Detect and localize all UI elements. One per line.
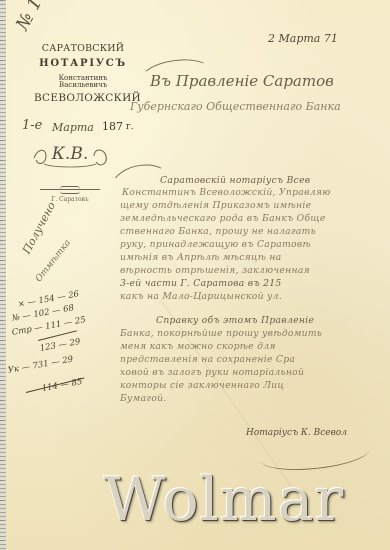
body-line: руку, принадлежащую въ Саратовѣ — [120, 239, 311, 250]
date-year-suffix: г. — [126, 122, 134, 132]
body-line: Банка, покорнѣйше прошу увѣдомить — [120, 328, 322, 339]
letterhead-city: САРАТОВСКИЙ — [34, 44, 132, 54]
letterhead: САРАТОВСКИЙ НОТАРІУСЪ Константинъ Василь… — [34, 44, 132, 103]
ornament-flourish-icon — [30, 144, 110, 172]
body-line: Бумагой. — [120, 393, 167, 404]
notary-signature: Нотаріусъ К. Всевол — [246, 428, 347, 438]
date-year: 187 — [102, 120, 123, 133]
body-line: щему отдѣленія Приказомъ имѣніе — [120, 200, 311, 211]
body-line: Константинъ Всеволожскій, Управляю — [122, 187, 331, 198]
body-line: вѣрность отрѣшенія, заключенная — [120, 265, 310, 276]
body-line: ховой въ залогъ руки нотаріальной — [120, 367, 304, 378]
body-line: Справку объ этомъ Правленіе — [156, 315, 314, 326]
body-line: земледѣльческаго рода въ Банкъ Обще — [120, 213, 326, 224]
date-day: 1-е — [22, 118, 42, 133]
body-line: ственнаго Банка, прошу не налагать — [120, 226, 316, 237]
wolmar-watermark: Wolmar — [104, 470, 390, 530]
body-line: какъ на Мало-Царицынской ул. — [120, 291, 282, 302]
divider-ornament-icon — [60, 186, 80, 194]
date-month: Марта — [52, 121, 94, 134]
body-line: меня какъ можно скорѣе для — [120, 341, 276, 352]
received-date-note: 2 Марта 71 — [268, 32, 338, 45]
body-line: представленія на сохраненіе Сра — [120, 354, 295, 365]
body-line: конторы сіе заключеннаго Лиц — [120, 380, 284, 391]
salutation-line-2: Губернскаго Общественнаго Банка — [130, 100, 341, 113]
letterhead-surname: ВСЕВОЛОЖСКИЙ — [34, 93, 132, 104]
body-line: имѣнія въ Апрѣлѣ мѣсяцѣ на — [120, 252, 281, 263]
date-line: 1-е Марта 187 г. — [14, 118, 138, 138]
body-line: 3-ей части Г. Саратова въ 215 — [120, 278, 282, 289]
letterhead-title: НОТАРІУСЪ — [34, 59, 132, 69]
letterhead-given-name: Константинъ Васильевичъ — [34, 74, 132, 88]
monogram-ornament: К.В. — [30, 144, 110, 172]
scale-ruler — [0, 0, 6, 550]
body-line: Саратовскій нотаріусъ Всев — [160, 175, 310, 186]
